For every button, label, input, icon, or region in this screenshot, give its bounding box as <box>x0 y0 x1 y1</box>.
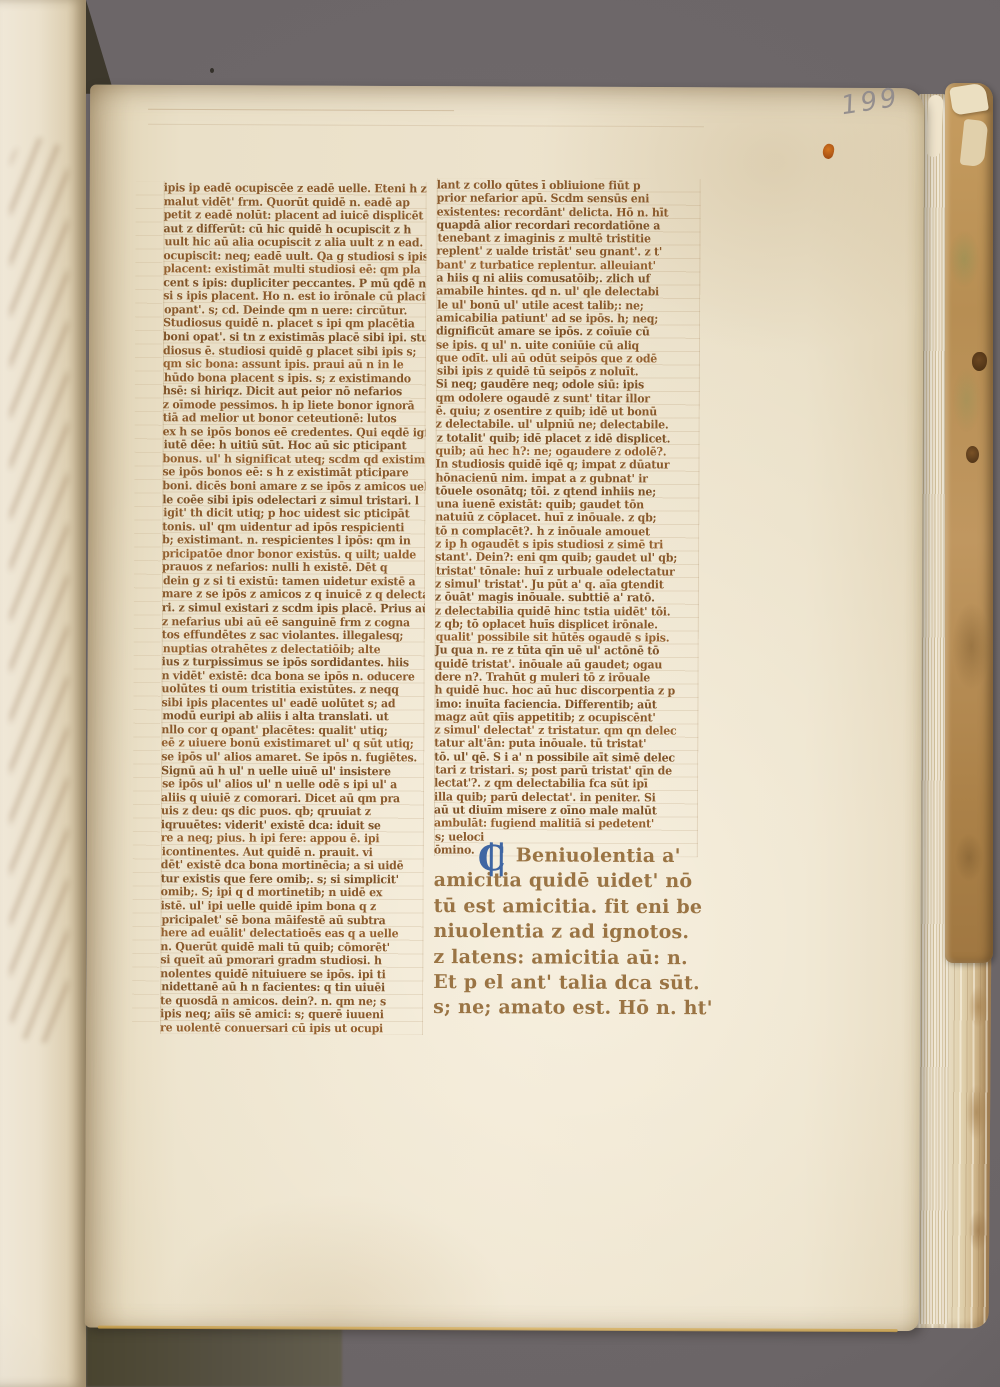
manuscript-text-line: hsē: si hiriqz. Dicit aut peior nō nefar… <box>163 384 426 399</box>
manuscript-text-line: petit z eadē nolūt: placent ad iuicē dis… <box>164 208 427 223</box>
manuscript-text-line: prior nefarior apū. Scdm sensūs eni <box>437 191 701 206</box>
text-column-left: ipis ip eadē ocupiscēe z eadē uelle. Ete… <box>160 181 427 1036</box>
facing-page-edge <box>0 0 86 1387</box>
manuscript-text-line: stant'. Dein?: eni qm quib; gaudet ul' q… <box>435 550 699 565</box>
lemma-text-line: niuolentia z ad ignotos. <box>433 919 725 946</box>
manuscript-page: 199 ipis ip eadē ocupiscēe z eadē uelle.… <box>85 85 924 1332</box>
binding-cover-edge <box>945 83 993 963</box>
manuscript-text-line: ipis ip eadē ocupiscēe z eadē uelle. Ete… <box>164 181 427 196</box>
clasp-remnant-mark <box>966 446 979 463</box>
manuscript-text-line: si queīt aū pmorari gradm studiosi. h <box>160 953 423 968</box>
manuscript-text-line: ri. z simul existari z scdm ipis placē. … <box>162 601 425 616</box>
manuscript-text-line: natuiū z cōplacet. huī z inōuale. z qb; <box>435 510 699 525</box>
manuscript-text-line: Ju qua n. re z tūta qīn uē ul' actōnē tō <box>435 643 699 658</box>
manuscript-text-line: boni. dicēs boni amare z se ipōs z amico… <box>162 479 425 494</box>
ink-stain <box>821 143 835 160</box>
manuscript-text-line: se ipōs ul' alios ul' n uelle odē s ipi … <box>162 777 424 792</box>
manuscript-text-line: b; existimant. n. respicientes l ipōs: q… <box>162 533 425 548</box>
lemma-text-line: z latens: amicitia aū: n. <box>433 945 725 972</box>
manuscript-photo-scene: 199 ipis ip eadē ocupiscēe z eadē uelle.… <box>0 0 1000 1387</box>
manuscript-text-line: igit' th dicit utiq; p hoc uidest sic pt… <box>163 506 425 521</box>
background-speck <box>210 68 214 73</box>
manuscript-text-line: re uolentē conuersari cū ipis ut ocupi <box>160 1021 423 1036</box>
manuscript-text-line: uult hic aū alia ocupiscit z alia uult z… <box>164 235 426 250</box>
manuscript-text-line: uis z deu: qs dic puos. qb; qruuiat z <box>161 804 424 819</box>
manuscript-text-line: dignificūt amare se ipōs. z coīuīe cū <box>436 324 700 339</box>
manuscript-text-line: istē. ul' ipi uelle quidē ipim bona q z <box>161 899 424 914</box>
manuscript-text-line: lectat'?. z qm delectabilia fca sūt ipī <box>434 776 698 791</box>
manuscript-text-line: ambulāt: fugiend malitiā si pedetent' <box>434 816 698 831</box>
lemma-block: C Beniuolentia a'amicitia quidē uidet' n… <box>433 843 726 1022</box>
manuscript-text-line: here ad euālit' delectatioēs eas q a uel… <box>160 926 423 941</box>
manuscript-text-line: qm sic bona: assunt ipis. praui aū n in … <box>163 357 426 372</box>
lemma-text-line: s; ne; amato est. Hō n. ht' <box>433 995 725 1022</box>
shadow-below-page-left <box>86 1320 342 1387</box>
binding-parchment-patch <box>949 82 989 115</box>
lemma-text-line: tū est amicitia. fit eni be <box>434 894 726 921</box>
manuscript-text-line: se ipōs ul' alios amaret. Se ipōs n. fug… <box>161 750 424 765</box>
manuscript-text-line: amabile hintes. qd n. ul' qle delectabi <box>436 284 700 299</box>
folio-number: 199 <box>839 83 902 122</box>
text-column-right: lant z collo qūtes ī obliuione fiūt ppri… <box>434 178 701 857</box>
manuscript-text-line: boni opat'. si tn z existimās placē sibi… <box>163 330 426 345</box>
manuscript-text-line: z delectabile. ul' ulpniū ne; delectabil… <box>436 417 700 432</box>
ruling-line <box>148 124 704 127</box>
manuscript-text-line: tos effundētes z sac violantes. illegale… <box>162 628 425 643</box>
margin-ruling-ticks <box>132 182 163 1034</box>
ruling-line <box>148 109 454 111</box>
manuscript-text-line: h quidē huc. hoc aū huc discorpentia z p <box>435 683 699 698</box>
facing-page-blurred-text <box>10 138 68 1043</box>
manuscript-text-line: ius z turpissimus se ipōs sordidantes. h… <box>162 655 425 670</box>
lemma-text-line: Et p el ant' talia dca sūt. <box>433 970 725 997</box>
blue-paraph-initial-icon: C <box>478 840 510 880</box>
manuscript-text-line: In studiosis quidē iqē q; impat z dūatur <box>435 457 699 472</box>
manuscript-text-line: z ōuāt' magis inōuale. subttiē a' ratō. <box>435 590 699 605</box>
